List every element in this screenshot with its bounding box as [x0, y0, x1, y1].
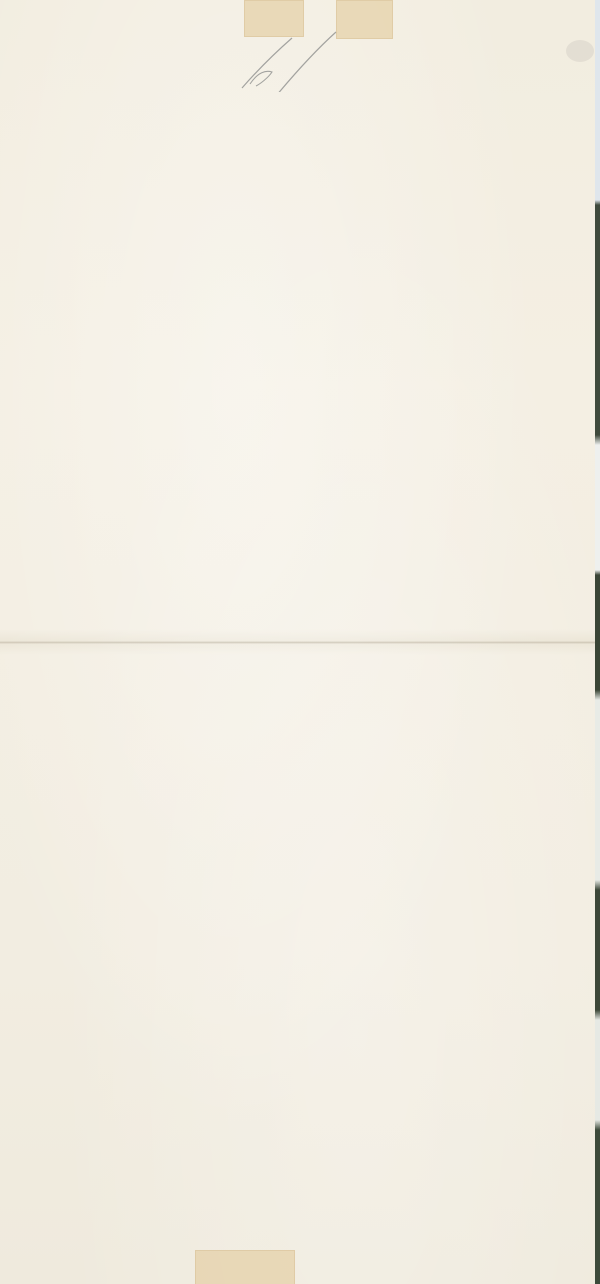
tape-piece-bottom: [195, 1250, 295, 1284]
paper-sheet: 15/: [0, 0, 595, 1284]
paper-smudge: [566, 40, 594, 62]
handwritten-pencil-mark: 15/: [236, 12, 346, 92]
pencil-stroke-icon: [236, 12, 346, 92]
horizontal-fold-line: [0, 641, 595, 644]
